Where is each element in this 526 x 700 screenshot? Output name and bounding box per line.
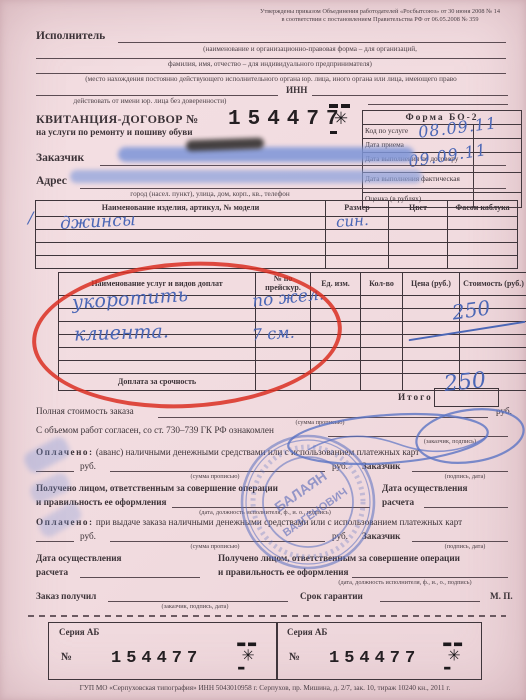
- executor-caption-1: (наименование и организационно-правовая …: [120, 45, 500, 53]
- executor-line-4: [36, 94, 278, 96]
- form-box-row-value: [474, 125, 521, 138]
- paid1-rub-line-1: [36, 470, 74, 472]
- address-line: [80, 187, 506, 189]
- receipt-form-photo: Утверждены приказом Объединения работода…: [0, 0, 526, 700]
- warranty-label: Срок гарантии: [300, 591, 363, 601]
- paid1-sign-caption: (подпись, дата): [420, 473, 510, 480]
- executor-caption-3: (место нахождения постоянно действующего…: [36, 75, 506, 83]
- order-received-caption: (заказчик, подпись, дата): [120, 603, 270, 610]
- paid2-date-line1: Дата осуществления: [36, 553, 122, 563]
- tear-off-line: [28, 615, 506, 617]
- paid1-customer-line: [412, 470, 508, 472]
- paid2-rub-line-1: [36, 540, 74, 542]
- table-row: [36, 230, 518, 243]
- items-col-color: Цвет: [389, 201, 448, 217]
- printer-footer: ГУП МО «Серпуховская типография» ИНН 504…: [20, 684, 510, 692]
- paid2-sign-caption: (подпись, дата): [420, 543, 510, 550]
- receipt-subtitle: на услуги по ремонту и пошиву обуви: [36, 127, 193, 137]
- print-control-mark-icon: ✳: [328, 104, 354, 134]
- address-label: Адрес: [36, 175, 67, 187]
- full-cost-label: Полная стоимость заказа: [36, 406, 134, 416]
- form-box-title: Форма БО-2: [363, 111, 521, 125]
- form-box-row-value: [474, 173, 521, 192]
- pen-scribble-customer: [118, 147, 414, 162]
- stub-number: 154477: [329, 649, 420, 668]
- items-col-size: Размер: [326, 201, 389, 217]
- print-control-mark-icon: ✳: [236, 643, 259, 670]
- warranty-line: [380, 600, 480, 602]
- paid1-date-line: [424, 506, 508, 508]
- items-col-name: Наименование изделия, артикул, № модели: [36, 201, 326, 217]
- pen-scribble-address: [70, 170, 422, 183]
- services-col-cost: Стоимость (руб.): [460, 273, 526, 296]
- table-row: [36, 256, 518, 269]
- items-table: Наименование изделия, артикул, № модели …: [35, 200, 518, 269]
- customer-line: [100, 164, 506, 166]
- form-box-row-value: [474, 153, 521, 172]
- receipt-title: КВИТАНЦИЯ-ДОГОВОР №: [36, 112, 198, 127]
- inn-line: [312, 94, 508, 96]
- executor-line: [118, 41, 506, 43]
- print-control-mark-icon: ✳: [442, 643, 465, 670]
- approval-line-2: в соответствии с постановлением Правител…: [240, 16, 520, 23]
- paid1-received-line2: и правильность ее оформления: [36, 497, 167, 507]
- form-box-row-value: [474, 139, 521, 152]
- stub-right: Серия АБ № 154477 ✳: [276, 622, 482, 680]
- approval-line-1: Утверждены приказом Объединения работода…: [240, 8, 520, 15]
- order-received-line: [108, 600, 288, 602]
- executor-caption-4: действовать от имени юр. лица без довере…: [40, 97, 260, 105]
- table-row: [36, 243, 518, 256]
- pen-tick-mark: /: [28, 208, 33, 227]
- order-received-label: Заказ получил: [36, 591, 96, 601]
- form-box-row-label: Код по услуге: [363, 125, 474, 138]
- executor-line-3: [36, 72, 506, 74]
- stub-number: 154477: [111, 649, 202, 668]
- paid1-date-line2: расчета: [382, 497, 414, 507]
- services-col-qty: Кол-во: [361, 273, 403, 296]
- paid1-date-line1: Дата осуществления: [382, 483, 468, 493]
- executor-line-2: [36, 57, 506, 59]
- stub-left: Серия АБ № 154477 ✳: [48, 622, 278, 680]
- inn-label: ИНН: [286, 85, 307, 95]
- mp-label: М. П.: [490, 591, 513, 601]
- executor-caption-2: фамилия, имя, отчество – для индивидуаль…: [60, 60, 480, 68]
- stub-no-label: №: [289, 651, 300, 663]
- total-label: Итого: [398, 392, 433, 402]
- items-col-heel: Фасон каблука: [448, 201, 518, 217]
- stub-series-label: Серия АБ: [287, 627, 327, 637]
- paid2-date-line: [80, 576, 200, 578]
- paid2-rub-1: руб.: [80, 531, 96, 541]
- inn-line-2: [368, 103, 508, 105]
- paid2-date-line2: расчета: [36, 567, 68, 577]
- services-col-price: Цена (руб.): [403, 273, 460, 296]
- total-cell: [434, 388, 499, 407]
- stub-no-label: №: [61, 651, 72, 663]
- entrepreneur-stamp: БАЛАЯН ВАЗГЕНОВИЧ: [238, 432, 378, 572]
- customer-label: Заказчик: [36, 152, 84, 164]
- executor-label: Исполнитель: [36, 30, 105, 42]
- stub-series-label: Серия АБ: [59, 627, 99, 637]
- paid2-customer-line: [412, 540, 508, 542]
- paid2-received-caption: (дата, должность исполнителя, ф., и., о.…: [300, 579, 510, 586]
- address-caption: город (насел. пункт), улица, дом, корп.,…: [90, 190, 330, 198]
- paid1-rub-1: руб.: [80, 461, 96, 471]
- table-row: [36, 217, 518, 230]
- paid2-received-line: [352, 576, 508, 578]
